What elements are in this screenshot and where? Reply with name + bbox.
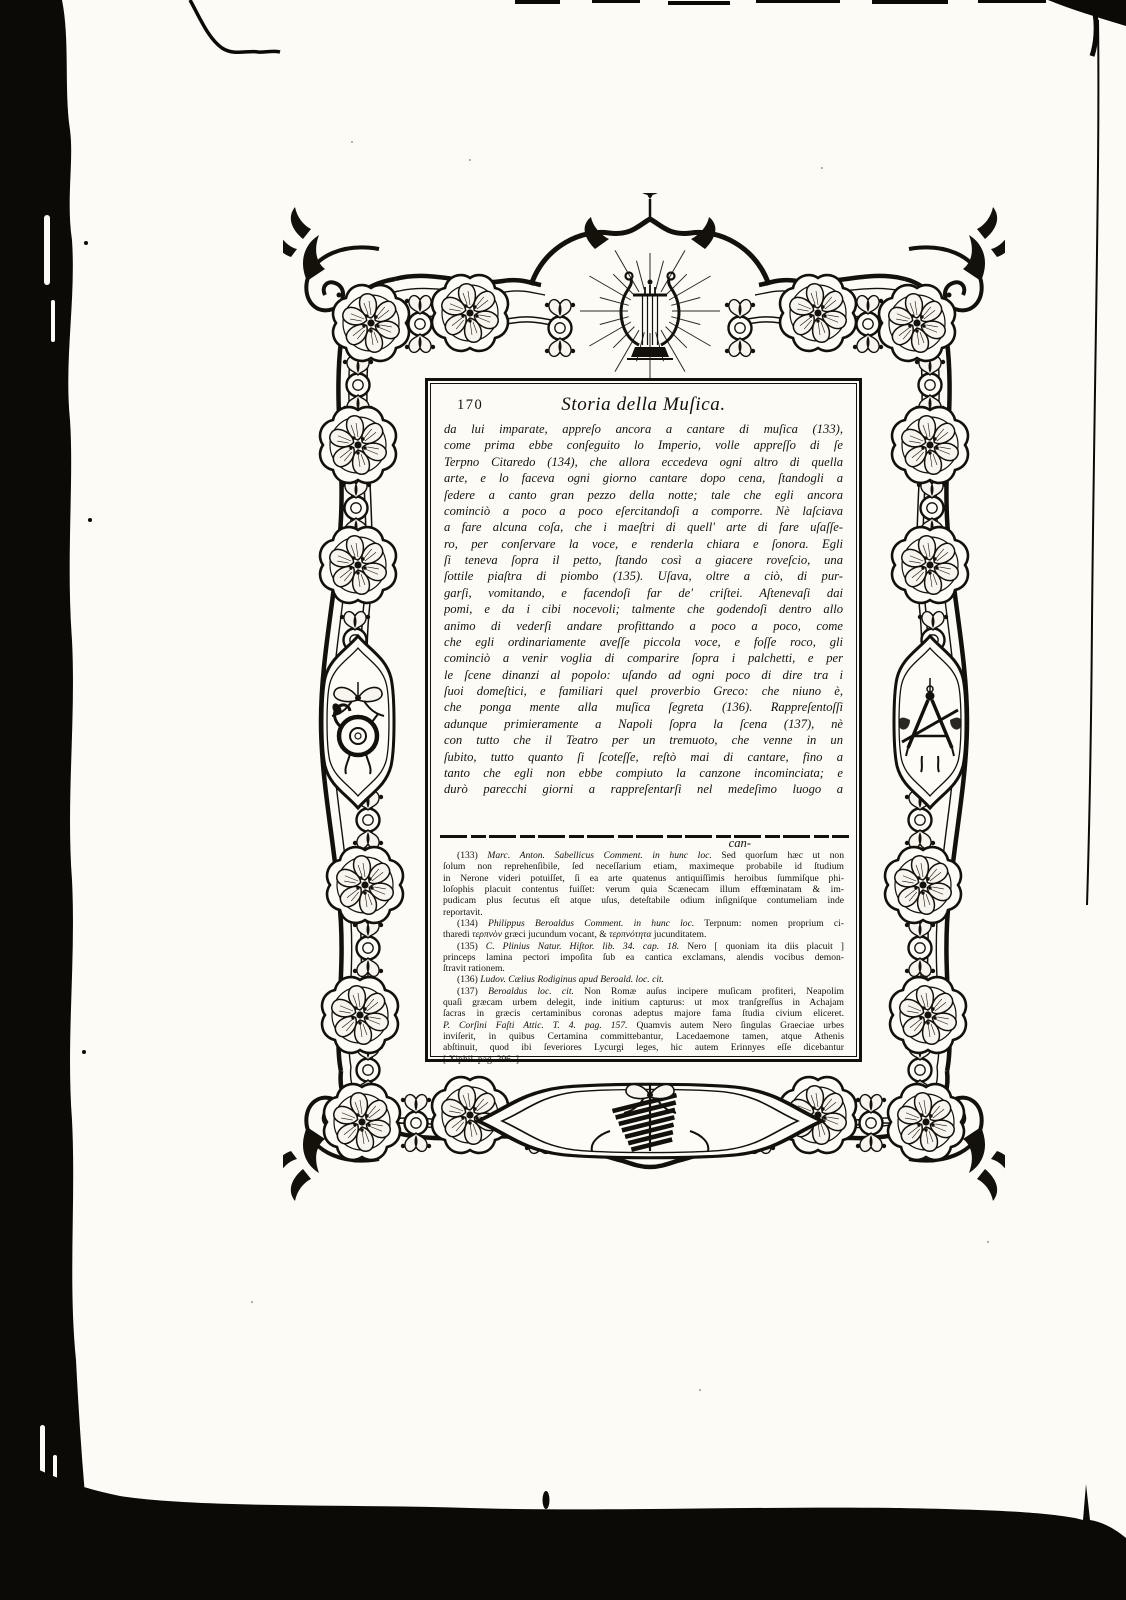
left-gutter-shadow bbox=[0, 0, 96, 1600]
paper-specks bbox=[251, 141, 989, 1391]
book-page-scan: 170 Storia della Muſica. da lui imparate… bbox=[0, 0, 1126, 1600]
page-edge-line bbox=[1048, 0, 1126, 905]
top-edge-marks bbox=[190, 0, 1046, 52]
scan-artifacts bbox=[0, 0, 1126, 1600]
bottom-scan-band bbox=[0, 1448, 1126, 1600]
